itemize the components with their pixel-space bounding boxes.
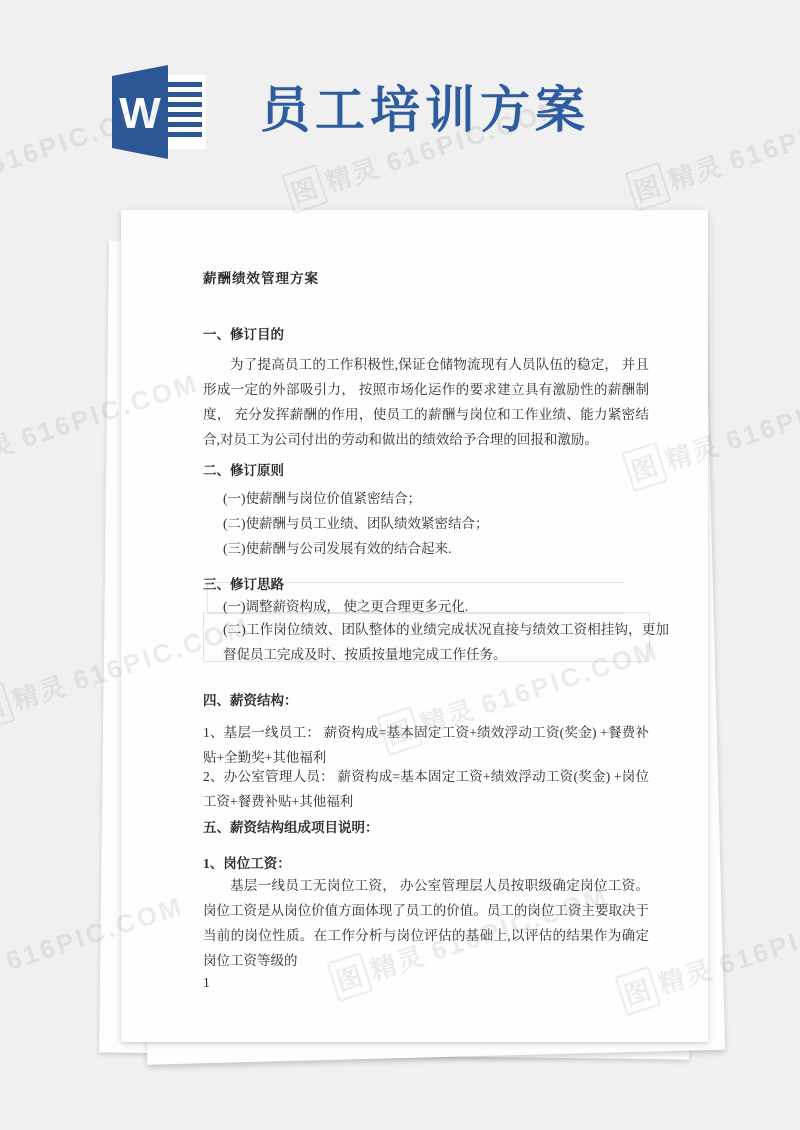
watermark-logo: 图 — [624, 162, 671, 212]
list-item: 1、基层一线员工： 薪资构成=基本固定工资+绩效浮动工资(奖金) +餐费补贴+全… — [203, 720, 649, 770]
template-preview-canvas: W 员工培训方案 薪酬绩效管理方案 一、修订目的 为了提高员工的工作积极性,保证… — [0, 0, 800, 1130]
doc-title: 薪酬绩效管理方案 — [203, 266, 649, 291]
document-page: 薪酬绩效管理方案 一、修订目的 为了提高员工的工作积极性,保证仓储物流现有人员队… — [121, 210, 708, 1042]
word-icon-letter: W — [119, 89, 161, 138]
watermark-brand: 精灵 — [0, 950, 4, 996]
list-item: (二)工作岗位绩效、团队整体的业绩完成状况直接与绩效工资相挂钩，更加督促员工完成… — [203, 617, 669, 667]
paragraph: 基层一线员工无岗位工资， 办公室管理层人员按职级确定岗位工资。 岗位工资是从岗位… — [203, 873, 649, 973]
watermark-site: 616PIC.COM — [716, 895, 800, 981]
watermark-logo: 图 — [281, 164, 328, 214]
page-number: 1 — [203, 970, 649, 995]
section-2-items: (一)使薪酬与岗位价值紧密结合； (二)使薪酬与员工业绩、团队绩效紧密结合； (… — [203, 486, 669, 561]
word-icon: W — [106, 62, 210, 162]
watermark-site: 616PIC.COM — [726, 91, 800, 177]
watermark-brand: 精灵 — [0, 427, 19, 473]
list-item: (三)使薪酬与公司发展有效的结合起来. — [223, 536, 669, 561]
watermark-site: 616PIC.COM — [723, 371, 800, 457]
section-heading-5: 五、薪资结构组成项目说明： — [203, 815, 649, 840]
list-item: (一)使薪酬与岗位价值紧密结合； — [223, 486, 669, 511]
watermark-brand: 精灵 — [322, 152, 385, 198]
watermark-logo: 图 — [0, 682, 15, 732]
section-heading-4: 四、薪资结构： — [203, 688, 649, 713]
list-item: 2、办公室管理人员： 薪资构成=基本固定工资+绩效浮动工资(奖金) +岗位工资+… — [203, 764, 649, 814]
page-title: 员工培训方案 — [260, 82, 590, 142]
section-heading-1: 一、修订目的 — [203, 322, 649, 347]
paragraph: 为了提高员工的工作积极性,保证仓储物流现有人员队伍的稳定， 并且形成一定的外部吸… — [203, 352, 649, 452]
section-heading-2: 二、修订原则 — [203, 458, 649, 483]
list-item: (二)使薪酬与员工业绩、团队绩效紧密结合； — [223, 511, 669, 536]
list-item: (一)调整薪资构成， 使之更合理更多元化. — [203, 594, 669, 619]
watermark-brand: 精灵 — [9, 670, 72, 716]
watermark-brand: 精灵 — [665, 150, 728, 196]
watermark: 图精灵616PIC.COM — [624, 84, 800, 212]
